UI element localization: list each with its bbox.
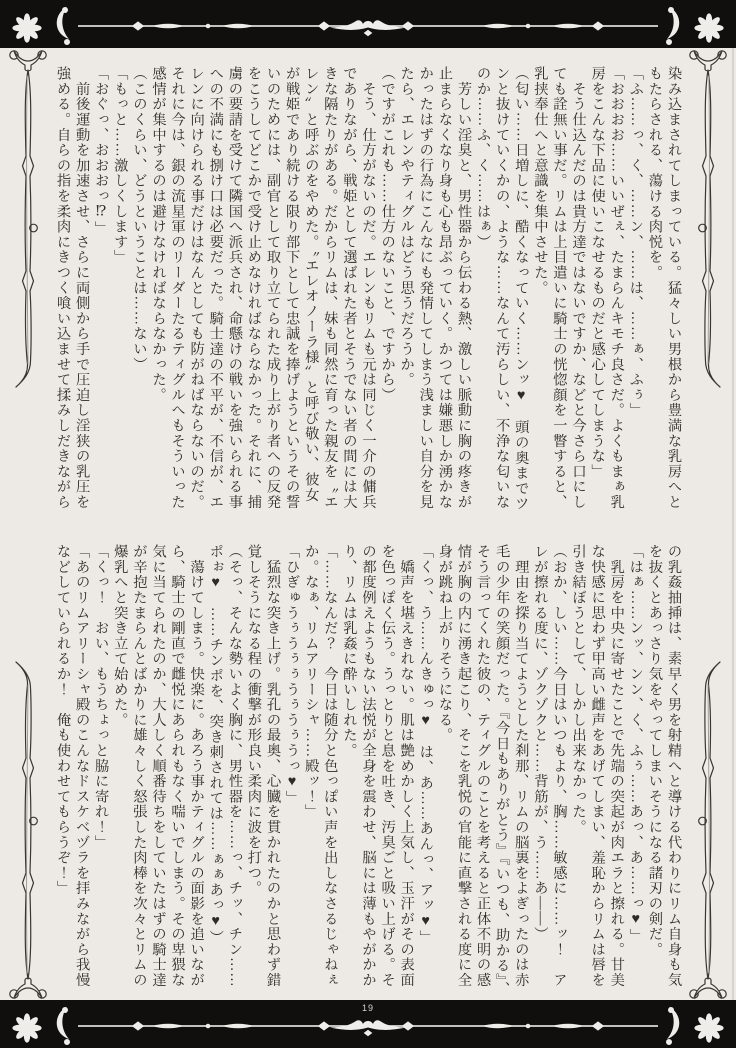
sword-ornament-icon — [6, 46, 50, 392]
text-column: 「ひぎゅうぅうぅぅうぅうぅうっ♥」 — [282, 544, 301, 1004]
text-column: への不満にも捌け口は必要だった。騎士達の不平が、不信が、エ — [206, 66, 225, 536]
text-column: をこうしてどこかで受け止めなければならなかった。それに、捕 — [244, 66, 263, 536]
text-column: かったはずの行為にこんなにも発情してしまう浅ましい自分を見 — [416, 66, 435, 536]
text-column: たら、エレンやティグルはどう思うだろうか。 — [397, 66, 416, 536]
text-column: の乳姦抽挿は、素早く男を射精へと導ける代わりにリム自身も気 — [664, 544, 683, 1004]
text-column: り、リムは乳姦に酔いしれた。 — [339, 544, 358, 1004]
text-column: そう仕込んだのは貴方達ではないですか、などと今さら口にし — [568, 66, 587, 536]
text-column: のか……ふ、く……はぁ） — [473, 66, 492, 536]
ornamental-divider-icon — [0, 0, 736, 48]
text-column: 「はぁ……ンッ、ンン、く、ふぅ……あっ、あ……っ♥」 — [626, 544, 645, 1004]
text-column: な快感に思わず甲高い雌声をあげてしまい、羞恥からリムは唇を — [588, 544, 607, 1004]
text-column: 房をこんな下品に使いこなせるものだと感心してしまうな」 — [588, 66, 607, 536]
text-column: もたらされる、蕩ける肉悦を。 — [645, 66, 664, 536]
text-column: 「ふ……っ、く、……ン、……は、……ぁ、ふぅ」 — [626, 66, 645, 536]
text-column: か。なぁ、リムアリーシャ……殿ッ！」 — [301, 544, 320, 1004]
top-border-bar — [0, 0, 736, 48]
text-column: （このくらい、どうということは……ない） — [129, 66, 148, 536]
text-column: が辛抱たまらんとばかりに雄々しく怒張した肉棒を次々とリムの — [129, 544, 148, 1004]
sword-ornament-icon — [686, 46, 730, 392]
text-column: 引き結ぼうとして、しかし出来なかった。 — [568, 544, 587, 1004]
text-column: 理由を探り当てようとした刹那、リムの脳裏をよぎったのは赤 — [511, 544, 530, 1004]
text-column: （ですがこれも……仕方のないこと、ですから） — [378, 66, 397, 536]
text-column: レンに向けられる事だけはなんとしても防がねばならないのだ。 — [187, 66, 206, 536]
text-column: 芳しい淫臭と、男性器から伝わる熱、激しい脈動に胸の疼きが — [454, 66, 473, 536]
text-column: 「くっ、う……んきゅっ♥ は、あ……あんっ、アッ♥」 — [416, 544, 435, 1004]
divider-ornament-icon — [12, 7, 723, 45]
text-column: 感情が集中するのは避けなければならなかった。 — [148, 66, 167, 536]
page-number: 19 — [0, 1003, 736, 1013]
text-column: ら、騎士の剛直で雌悦にあられもなく喘いでしまう。その卑猥な — [167, 544, 186, 1004]
doujin-novel-page: { "page": { "number": "19" }, "colors": … — [0, 0, 736, 1048]
text-column: 覚しそうになる程の衝撃が形良い柔肉に波を打つ。 — [244, 544, 263, 1004]
text-column: 嬌声を堪えきれない。肌は艶めかしく上気し、玉汗がその表面 — [397, 544, 416, 1004]
text-column: 乳房を中央に寄せたことで先端の突起が肉エラと擦れる。甘美 — [607, 544, 626, 1004]
text-column: ンと抜けていくかの、ような……なんて汚らしい、不浄な匂いな — [492, 66, 511, 536]
text-column: 情が胸の内に湧き起こり、そこを乳悦の官能に直撃される度に全 — [454, 544, 473, 1004]
text-column: 乳挟奉仕へと意識を集中させた。 — [530, 66, 549, 536]
text-column: の都度例えようもない法悦が全身を震わせ、脳には薄もやがかか — [358, 544, 377, 1004]
text-column: 強める。自らの指を柔肉にきつく喰い込ませて揉みしだきながら — [53, 66, 72, 536]
text-column: ポぉ♥ ……チンポを、突き刺されては……ぁぁあっ♥） — [206, 544, 225, 1004]
text-column: レン〟と呼ぶのをやめた。〝エレオノーラ様〟と呼び敬い、彼女 — [301, 66, 320, 536]
text-column: 虜の要請を受けて隣国へ派兵され、命懸けの戦いを強いられる事 — [225, 66, 244, 536]
text-column: 「くっ！ おい、もうちょっと脇に寄れ！」 — [91, 544, 110, 1004]
text-column: が戦姫であり続ける限り部下として忠誠を捧げようというその誓 — [282, 66, 301, 536]
text-column: 毛の少年の笑顔だった。『今日もありがとう』『いつも、助かる』、 — [492, 544, 511, 1004]
text-column: 「おおおお……いいぜぇ、たまらんキモチ良さだ。よくもまぁ乳 — [607, 66, 626, 536]
text-column: そう言ってくれた彼の、ティグルのことを考えると正体不明の感 — [473, 544, 492, 1004]
text-column: 蕩けてしまう。快楽に。あろう事かティグルの面影を追いなが — [187, 544, 206, 1004]
text-column: 身が跳ね上がりそうになる。 — [435, 544, 454, 1004]
text-column: 「もっと……激しくします」 — [110, 66, 129, 536]
text-column: 気に当てられたのか、大人しく順番待ちをしていたはずの騎士達 — [148, 544, 167, 1004]
text-column: でありながら、戦姫として選ばれた者とそうでない者の間には大 — [339, 66, 358, 536]
text-column: いのためには、副官として取り立てられた成り上がり者への反発 — [263, 66, 282, 536]
text-column: きな隔たりがある。だからリムは、妹も同然に育った親友を〝エ — [320, 66, 339, 536]
text-column: 前後運動を加速させ、さらに両側から手で圧迫し淫狭の乳圧を — [72, 66, 91, 536]
text-column: 「あのリムアリーシャ殿のこんなドスケベヅラを拝みながら我慢 — [72, 544, 91, 1004]
text-column: 染み込まされてしまっている。猛々しい男根から豊満な乳房へと — [664, 66, 683, 536]
bottom-text-block: の乳姦抽挿は、素早く男を射精へと導ける代わりにリム自身も気を抜くとあっさり気をや… — [52, 544, 683, 1004]
text-column: などしていられるか！ 俺も使わせてもらうぞ！」 — [53, 544, 72, 1004]
text-column: （そっ、そんな勢いよく胸に、男性器を……っ、チッ、チン…… — [225, 544, 244, 1004]
text-column: 止まらなくなり身も心も昂ぶっていく。かつては嫌悪しか湧かな — [435, 66, 454, 536]
text-column: 「……なんだ？ 今日は随分と色っぽい声を出しなさるじゃねぇ — [320, 544, 339, 1004]
sword-ornament-icon — [686, 657, 730, 1003]
text-column: それに今は、銀の流星軍のリーダーたるティグルへもそういった — [167, 66, 186, 536]
text-column: を抜くとあっさり気をやってしまいそうになる諸刃の剣だ。 — [645, 544, 664, 1004]
text-column: レが擦れる度に、ゾクゾクと……背筋が、う……あ――） — [530, 544, 549, 1004]
text-column: 爆乳へと突き立て始めた。 — [110, 544, 129, 1004]
top-text-block: 染み込まされてしまっている。猛々しい男根から豊満な乳房へともたらされる、蕩ける肉… — [52, 66, 683, 536]
text-column: そう、仕方がないのだ。エレンもリムも元は同じく一介の傭兵 — [358, 66, 377, 536]
text-column: 「おぐっ、おおおっ⁉」 — [91, 66, 110, 536]
sword-ornament-icon — [6, 657, 50, 1003]
text-column: 猛烈な突き上げ。乳孔の最奥、心臓を貫かれたのかと思わず錯 — [263, 544, 282, 1004]
page-edge-shadow — [732, 48, 734, 1000]
text-column: （匂い……日増しに、酷くなっていく……ンッ♥ 頭の奥までツ — [511, 66, 530, 536]
text-column: ても詮無い事だ。リムは上目遣いに騎士の恍惚顔を一瞥すると、 — [549, 66, 568, 536]
text-column: （おか、しい……今日はいつもより、胸……敏感に……ッ！ ア — [549, 544, 568, 1004]
text-column: を色っぽく伝う。うっとりと息を吐き、汚臭ごと吸い上げる。そ — [378, 544, 397, 1004]
